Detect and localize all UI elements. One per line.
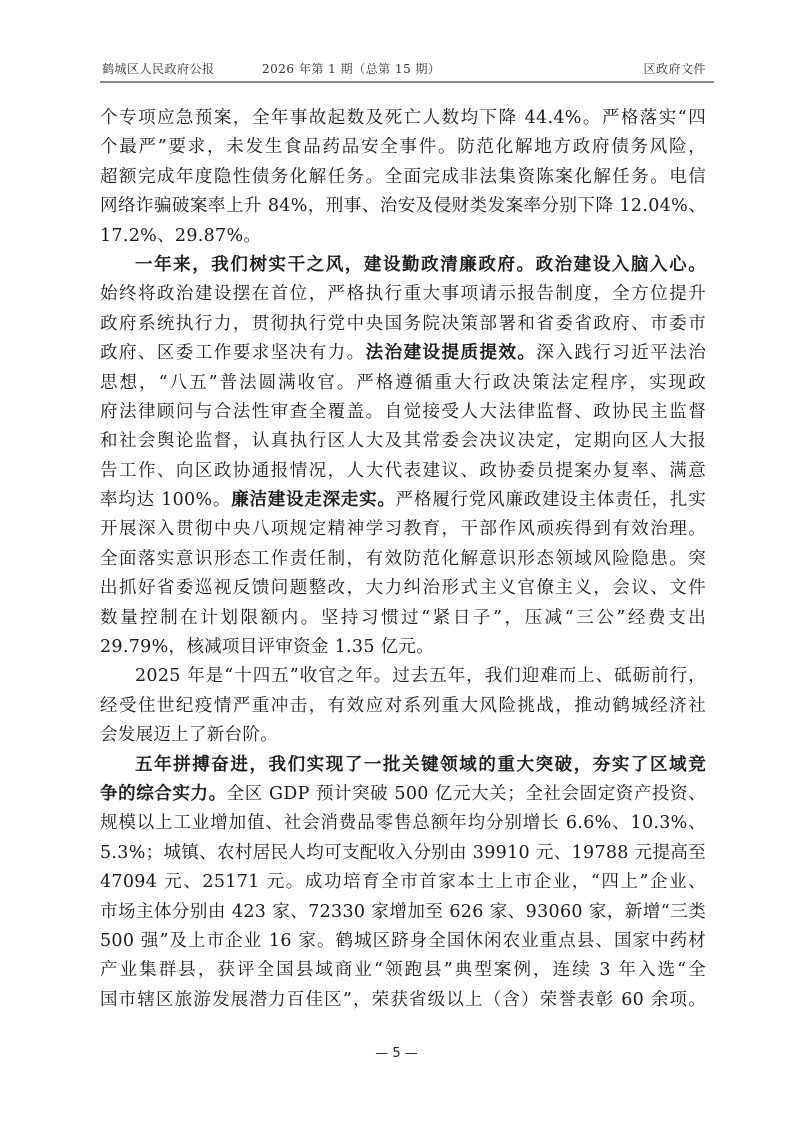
text-line: 始终将政治建设摆在首位，严格执行重大事项请示报告制度，全方位提升 [100,280,706,309]
text-line: 个最严”要求，未发生食品药品安全事件。防范化解地方政府债务风险， [100,133,706,162]
running-header: 鹤城区人民政府公报 2026 年第 1 期（总第 15 期） 区政府文件 [100,60,714,80]
text-line: 产业集群县，获评全国县域商业“领跑县”典型案例，连续 3 年入选“全 [100,956,706,985]
text-line: 告工作、向区政协通报情况，人大代表建议、政协委员提案办复率、满意 [100,457,706,486]
publication-name: 鹤城区人民政府公报 [102,60,215,77]
text-line: 全面落实意识形态工作责任制，有效防范化解意识形态领域风险隐患。突 [100,545,706,574]
text-line: 个专项应急预案，全年事故起数及死亡人数均下降 44.4%。严格落实“四 [100,104,706,133]
text-line: 出抓好省委巡视反馈问题整改，大力纠治形式主义官僚主义，会议、文件 [100,574,706,603]
text-line: 17.2%、29.87%。 [100,222,706,251]
document-body: 个专项应急预案，全年事故起数及死亡人数均下降 44.4%。严格落实“四 个最严”… [100,104,706,1015]
text-line: 思想，“八五”普法圆满收官。严格遵循重大行政决策法定程序，实现政 [100,369,706,398]
section-heading-line: 一年来，我们树实干之风，建设勤政清廉政府。政治建设入脑入心。 [100,251,706,280]
text-line: 2025 年是“十四五”收官之年。过去五年，我们迎难而上、砥砺前行， [100,662,706,691]
text-line: 规模以上工业增加值、社会消费品零售总额年均分别增长 6.6%、10.3%、 [100,809,706,838]
bold-heading: 一年来，我们树实干之风，建设勤政清廉政府。政治建设入脑入心。 [135,255,706,275]
text-line: 29.79%，核减项目评审资金 1.35 亿元。 [100,633,706,662]
text-line: 经受住世纪疫情严重冲击，有效应对系列重大风险挑战，推动鹤城经济社 [100,692,706,721]
bold-heading: 五年拼搏奋进，我们实现了一批关键领域的重大突破，夯实了区域竞 [135,755,706,775]
issue-number: 2026 年第 1 期（总第 15 期） [262,60,441,77]
text-line: 网络诈骗破案率上升 84%，刑事、治安及侵财类发案率分别下降 12.04%、 [100,192,706,221]
text-line: 国市辖区旅游发展潜力百佳区”，荣获省级以上（含）荣誉表彰 60 余项。 [100,986,706,1015]
header-rule [100,81,714,83]
text-line: 数量控制在计划限额内。坚持习惯过“紧日子”，压减“三公”经费支出 [100,604,706,633]
text-line: 超额完成年度隐性债务化解任务。全面完成非法集资陈案化解任务。电信 [100,163,706,192]
text-line: 47094 元、25171 元。成功培育全市首家本土上市企业，“四上”企业、 [100,868,706,897]
text-line: 率均达 100%。廉洁建设走深走实。严格履行党风廉政建设主体责任，扎实 [100,486,706,515]
text-line: 政府、区委工作要求坚决有力。法治建设提质提效。深入践行习近平法治 [100,339,706,368]
bold-subheading: 廉洁建设走深走实。 [231,490,396,510]
text-line: 500 强”及上市企业 16 家。鹤城区跻身全国休闲农业重点县、国家中药材 [100,927,706,956]
text-line: 5.3%；城镇、农村居民人均可支配收入分别由 39910 元、19788 元提高… [100,839,706,868]
bold-subheading: 法治建设提质提效。 [366,343,537,363]
text-line: 政府系统执行力，贯彻执行党中央国务院决策部署和省委省政府、市委市 [100,310,706,339]
text-line: 府法律顾问与合法性审查全覆盖。自觉接受人大法律监督、政协民主监督 [100,398,706,427]
bold-heading: 争的综合实力。 [100,784,227,804]
section-heading-line: 五年拼搏奋进，我们实现了一批关键领域的重大突破，夯实了区域竞 [100,751,706,780]
text-line: 和社会舆论监督，认真执行区人大及其常委会决议决定，定期向区人大报 [100,427,706,456]
text-line: 市场主体分别由 423 家、72330 家增加至 626 家、93060 家，新… [100,898,706,927]
section-label: 区政府文件 [643,60,706,77]
text-line: 争的综合实力。全区 GDP 预计突破 500 亿元大关；全社会固定资产投资、 [100,780,706,809]
page-number: — 5 — [0,1046,793,1061]
text-line: 开展深入贯彻中央八项规定精神学习教育，干部作风顽疾得到有效治理。 [100,515,706,544]
text-line: 会发展迈上了新台阶。 [100,721,706,750]
